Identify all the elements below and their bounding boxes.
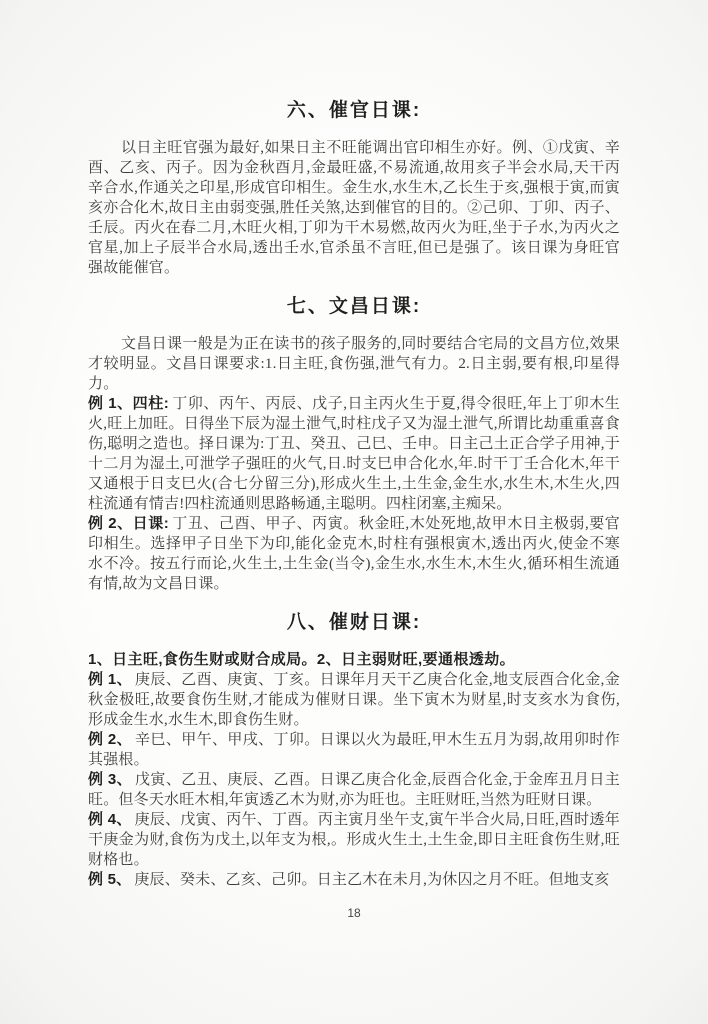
cuicai-example-1: 例 1、庚辰、乙酉、庚寅、丁亥。日课年月天干乙庚合化金,地支辰酉合化金,金秋金极… xyxy=(88,670,620,730)
section-title-cuiguan-rike: 六、催官日课: xyxy=(88,100,620,122)
example-1-label: 例 1、 xyxy=(88,671,132,688)
example-3-text: 戊寅、乙丑、庚辰、乙酉。日课乙庚合化金,辰酉合化金,于金库丑月日主旺。但冬天水旺… xyxy=(88,772,620,808)
section-title-cuicai-rike: 八、催财日课: xyxy=(88,612,620,634)
scanned-document-page: 六、催官日课: 以日主旺官强为最好,如果日主不旺能调出官印相生亦好。例、①戊寅、… xyxy=(0,0,708,1024)
example-5-text: 庚辰、癸未、乙亥、己卯。日主乙木在未月,为休囚之月不旺。但地支亥 xyxy=(134,872,609,888)
page-number: 18 xyxy=(88,906,620,920)
wenchang-example-1: 例 1、四柱:丁卯、丙午、丙辰、戊子,日主丙火生于夏,得令很旺,年上丁卯木生火,… xyxy=(88,394,620,514)
example-2-label: 例 2、 xyxy=(88,731,132,748)
example-2-label: 例 2、日课: xyxy=(88,515,169,532)
example-1-text: 丁卯、丙午、丙辰、戊子,日主丙火生于夏,得令很旺,年上丁卯木生火,旺上加旺。日得… xyxy=(88,396,620,512)
cuicai-example-5: 例 5、庚辰、癸未、乙亥、己卯。日主乙木在未月,为休囚之月不旺。但地支亥 xyxy=(88,870,620,890)
wenchang-intro-paragraph: 文昌日课一般是为正在读书的孩子服务的,同时要结合宅局的文昌方位,效果才较明显。文… xyxy=(88,334,620,394)
cuiguan-paragraph: 以日主旺官强为最好,如果日主不旺能调出官印相生亦好。例、①戊寅、辛酉、乙亥、丙子… xyxy=(88,138,620,278)
example-5-label: 例 5、 xyxy=(88,871,131,888)
wenchang-example-2: 例 2、日课:丁丑、己酉、甲子、丙寅。秋金旺,木处死地,故甲木日主极弱,要官印相… xyxy=(88,514,620,594)
example-4-label: 例 4、 xyxy=(88,811,132,828)
example-4-text: 庚辰、戊寅、丙午、丁酉。丙主寅月坐午支,寅午半合火局,日旺,酉时透年干庚金为财,… xyxy=(88,812,620,868)
example-1-text: 庚辰、乙酉、庚寅、丁亥。日课年月天干乙庚合化金,地支辰酉合化金,金秋金极旺,故要… xyxy=(88,672,620,728)
cuicai-example-3: 例 3、戊寅、乙丑、庚辰、乙酉。日课乙庚合化金,辰酉合化金,于金库丑月日主旺。但… xyxy=(88,770,620,810)
example-1-label: 例 1、四柱: xyxy=(88,395,169,412)
cuicai-example-4: 例 4、庚辰、戊寅、丙午、丁酉。丙主寅月坐午支,寅午半合火局,日旺,酉时透年干庚… xyxy=(88,810,620,870)
example-3-label: 例 3、 xyxy=(88,771,132,788)
section-title-wenchang-rike: 七、文昌日课: xyxy=(88,296,620,318)
cuicai-example-2: 例 2、辛巳、甲午、甲戌、丁卯。日课以火为最旺,甲木生五月为弱,故用卯时作其强根… xyxy=(88,730,620,770)
cuicai-rules-line: 1、日主旺,食伤生财或财合成局。2、日主弱财旺,要通根透劫。 xyxy=(88,650,620,670)
page-content: 六、催官日课: 以日主旺官强为最好,如果日主不旺能调出官印相生亦好。例、①戊寅、… xyxy=(0,0,708,920)
example-2-text: 辛巳、甲午、甲戌、丁卯。日课以火为最旺,甲木生五月为弱,故用卯时作其强根。 xyxy=(88,732,620,768)
